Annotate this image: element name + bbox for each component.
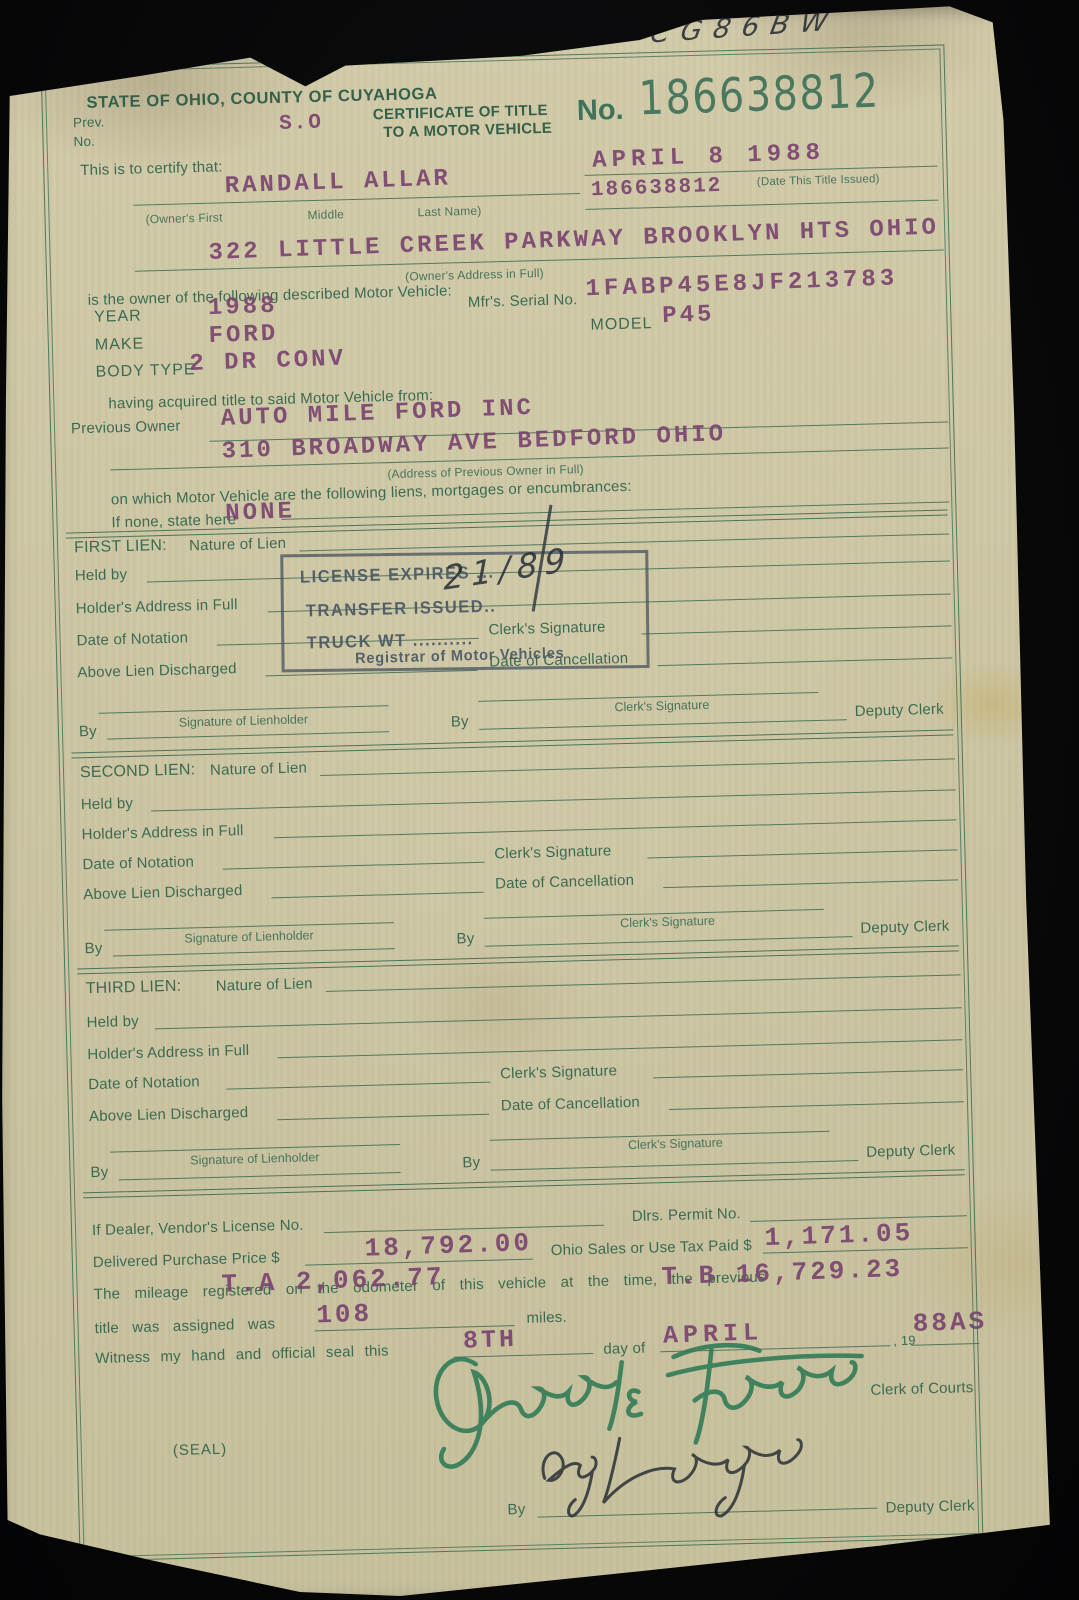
first-lien-nature-label: Nature of Lien xyxy=(189,535,286,555)
section-divider-3 xyxy=(77,945,959,974)
third-lien-by1-line xyxy=(119,1172,401,1180)
section-divider-2 xyxy=(72,729,954,758)
third-lien-by2-label: By xyxy=(462,1154,480,1171)
second-lien-nature-label: Nature of Lien xyxy=(210,759,307,779)
witness-sentence: Witness my hand and official seal this xyxy=(95,1342,389,1367)
deputy-clerk-signature xyxy=(517,1409,830,1527)
model-value: P45 xyxy=(662,301,715,330)
first-lien-lienholder-caption: Signature of Lienholder xyxy=(179,712,309,729)
first-lien-by2-line xyxy=(479,719,847,730)
mileage-value: 108 xyxy=(316,1299,373,1331)
first-lien-holder-label: Holder's Address in Full xyxy=(76,596,238,617)
second-lien-clerksig-line xyxy=(647,849,957,858)
title-number-label: No. xyxy=(576,94,624,128)
second-lien-deputy-label: Deputy Clerk xyxy=(860,918,950,937)
second-lien-title: SECOND LIEN: xyxy=(80,761,196,782)
seal-label: (SEAL) xyxy=(173,1441,228,1459)
third-lien-nature-label: Nature of Lien xyxy=(215,975,312,995)
third-lien-notation-line xyxy=(226,1082,490,1090)
photo-scene: CG86BW STATE OF OHIO, COUNTY OF CUYAHOGA… xyxy=(0,0,1079,1600)
first-lien-notation-label: Date of Notation xyxy=(76,629,188,649)
section-divider-4 xyxy=(83,1169,965,1198)
year-value: 1988 xyxy=(207,293,278,322)
mileage-sentence2: title was assigned was xyxy=(94,1315,275,1337)
first-lien-clerk-caption: Clerk's Signature xyxy=(614,698,709,714)
third-lien-by2-line xyxy=(491,1160,859,1171)
first-lien-lienholder-sigline xyxy=(98,705,388,714)
certificate-paper: CG86BW STATE OF OHIO, COUNTY OF CUYAHOGA… xyxy=(0,0,1079,1600)
prev-no-label: No. xyxy=(73,134,95,150)
sales-tax-value: 1,171.05 xyxy=(764,1218,914,1253)
tax-tb-value: T.B 16,729.23 xyxy=(661,1254,904,1292)
third-lien-cancel-label: Date of Cancellation xyxy=(501,1094,640,1115)
second-lien-discharged-line xyxy=(271,892,483,899)
prev-label: Prev. xyxy=(73,114,105,130)
prev-no-value: S.O xyxy=(279,112,324,137)
third-lien-title: THIRD LIEN: xyxy=(85,978,181,998)
title-number-value: 186638812 xyxy=(638,64,881,127)
previous-address-caption: (Address of Previous Owner in Full) xyxy=(387,462,584,481)
second-lien-holder-line xyxy=(274,819,957,838)
certificate-title-line2: TO A MOTOR VEHICLE xyxy=(383,120,552,141)
footer-deputy-clerk-label: Deputy Clerk xyxy=(885,1497,975,1516)
serial-value: 1FABP45E8JF213783 xyxy=(585,265,899,303)
dealer-permit-label: Dlrs. Permit No. xyxy=(632,1205,741,1225)
second-lien-cancel-label: Date of Cancellation xyxy=(495,872,634,893)
witness-year-value: 88AS xyxy=(912,1306,987,1339)
year-label: YEAR xyxy=(94,308,142,327)
first-lien-by1-line xyxy=(107,731,389,739)
owner-name-value: RANDALL ALLAR xyxy=(224,165,451,200)
vendor-license-label: If Dealer, Vendor's License No. xyxy=(92,1217,304,1240)
first-lien-title: FIRST LIEN: xyxy=(74,537,167,557)
if-none-value: NONE xyxy=(225,498,296,527)
second-lien-by1-line xyxy=(113,948,395,956)
second-lien-notation-line xyxy=(223,862,485,870)
second-lien-cancel-line xyxy=(663,879,958,888)
owner-caption-middle: Middle xyxy=(307,207,344,222)
title-number-line xyxy=(585,200,938,210)
second-lien-holder-label: Holder's Address in Full xyxy=(81,822,243,843)
body-type-label: BODY TYPE xyxy=(95,361,195,382)
second-lien-clerk-caption: Clerk's Signature xyxy=(620,914,715,930)
second-lien-heldby-line xyxy=(151,789,956,811)
third-lien-clerksig-label: Clerk's Signature xyxy=(500,1062,618,1082)
third-lien-notation-label: Date of Notation xyxy=(88,1073,200,1093)
serial-label: Mfr's. Serial No. xyxy=(468,291,578,311)
witness-year-line xyxy=(911,1343,979,1346)
third-lien-by1-label: By xyxy=(90,1164,108,1181)
third-lien-discharged-line xyxy=(277,1114,489,1121)
first-lien-by2-label: By xyxy=(451,713,469,730)
second-lien-discharged-label: Above Lien Discharged xyxy=(83,882,243,903)
first-lien-by1-label: By xyxy=(79,723,97,740)
certificate-border-frame: STATE OF OHIO, COUNTY OF CUYAHOGA Prev. … xyxy=(41,44,984,1561)
third-lien-deputy-label: Deputy Clerk xyxy=(866,1142,956,1161)
third-lien-clerksig-line xyxy=(653,1069,963,1078)
first-lien-clerksig-line xyxy=(642,625,952,634)
second-lien-by1-label: By xyxy=(84,940,102,957)
third-lien-heldby-line xyxy=(155,1007,962,1029)
third-lien-heldby-label: Held by xyxy=(86,1013,139,1031)
third-lien-holder-label: Holder's Address in Full xyxy=(87,1042,249,1063)
liens-sentence: on which Motor Vehicle are the following… xyxy=(111,478,632,509)
second-lien-by2-label: By xyxy=(456,930,474,947)
handwritten-plate-code: CG86BW xyxy=(648,6,842,50)
model-label: MODEL xyxy=(590,315,652,335)
third-lien-discharged-label: Above Lien Discharged xyxy=(89,1104,249,1125)
make-label: MAKE xyxy=(95,335,145,354)
owner-address-caption: (Owner's Address in Full) xyxy=(405,266,544,284)
third-lien-cancel-line xyxy=(669,1101,964,1110)
third-lien-lienholder-caption: Signature of Lienholder xyxy=(190,1150,320,1167)
second-lien-notation-label: Date of Notation xyxy=(82,853,194,873)
miles-label: miles. xyxy=(526,1309,567,1327)
second-lien-nature-line xyxy=(320,758,955,776)
owner-caption-last: Last Name) xyxy=(417,204,481,220)
certify-line: This is to certify that: xyxy=(80,158,223,179)
first-lien-discharged-label: Above Lien Discharged xyxy=(77,660,237,681)
clerk-of-courts-label: Clerk of Courts xyxy=(870,1379,973,1399)
make-value: FORD xyxy=(208,321,279,350)
previous-owner-label: Previous Owner xyxy=(71,418,181,438)
second-lien-heldby-label: Held by xyxy=(81,795,134,813)
third-lien-clerk-caption: Clerk's Signature xyxy=(628,1136,723,1152)
first-lien-heldby-label: Held by xyxy=(75,566,128,584)
sales-tax-label: Ohio Sales or Use Tax Paid $ xyxy=(551,1237,753,1259)
date-issued-caption: (Date This Title Issued) xyxy=(757,173,880,188)
second-lien-by2-line xyxy=(485,936,853,947)
owner-caption-first: (Owner's First xyxy=(145,210,222,226)
third-lien-nature-line xyxy=(326,974,961,992)
first-lien-cancel-line xyxy=(657,657,952,666)
third-lien-holder-line xyxy=(278,1039,963,1058)
first-lien-nature-line xyxy=(299,533,949,551)
first-lien-deputy-label: Deputy Clerk xyxy=(854,701,944,720)
body-type-value: 2 DR CONV xyxy=(189,346,346,378)
second-lien-lienholder-caption: Signature of Lienholder xyxy=(184,928,314,945)
second-lien-clerksig-label: Clerk's Signature xyxy=(494,842,612,862)
title-number-typed: 186638812 xyxy=(591,175,723,203)
